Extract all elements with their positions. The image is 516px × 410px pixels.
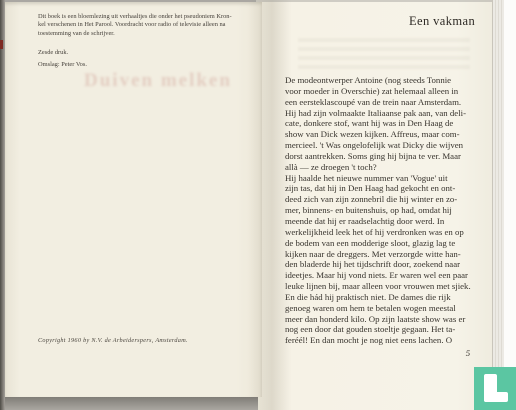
text-line: kijken naar de dreggers. Met verzorgde w… [285,249,478,260]
red-bookmark-mark [0,40,3,49]
text-line: En die hád hij praktisch niet. De dames … [285,292,478,303]
text-line: werkelijkheid leek het of hij verdronken… [285,227,478,238]
text-line: genoeg waren om hem te betalen wogen mee… [285,303,478,314]
letter-l-logo-icon [484,392,508,402]
text-line: Hij haalde het nieuwe nummer van 'Vogue'… [285,173,478,184]
scan-bottom-edge [0,397,258,410]
copyright-line: Copyright 1960 by N.V. de Arbeiderspers,… [38,337,188,344]
text-line: Hij had zijn volmaakte Italiaanse pak aa… [285,108,478,119]
text-line: De modeontwerper Antoine (nog steeds Ton… [285,75,478,86]
chapter-title: Een vakman [409,14,475,29]
text-line: mercieel. 't Was ongelofelijk wat Dicky … [285,140,478,151]
cover-credit: Omslag: Peter Vos. [38,61,87,68]
text-line: allà — ze droegen 't toch? [285,162,478,173]
page-number: 5 [462,348,474,358]
text-line: deed zich van zijn zonnebril die hij win… [285,194,478,205]
text-line: meer dan honderd kilo. Op zijn laatste s… [285,314,478,325]
colophon-note: Dit boek is een bloemlezing uit verhaalt… [38,13,235,38]
text-line: meende dat hij er raadselachtig door wer… [285,216,478,227]
logo-watermark [474,367,516,410]
scan-left-edge [0,0,5,410]
text-line: dorst aantrekken. Soms ging hij bijna te… [285,151,478,162]
book-scan: Dit boek is een bloemlezing uit verhaalt… [0,0,516,410]
text-line: zijn tas, dat hij in Den Haag had gekoch… [285,183,478,194]
text-line: de bodem van een modderige sloot, glazig… [285,238,478,249]
text-line: toestemming van de schrijver. [38,30,235,38]
text-line: mer, binnens- en buitenshuis, op had, om… [285,205,478,216]
text-line: cate, donkere stof, want hij was in Den … [285,118,478,129]
text-line: voor moeder in Overschie) zat helemaal a… [285,86,478,97]
showthrough-lines [298,38,470,74]
text-line: ideetjes. Maar hij vond niets. Er waren … [285,270,478,281]
edition-note: Zesde druk. [38,49,68,56]
text-line: feréél! En dan mocht je nog niet eens la… [285,335,478,346]
text-line: nog een door dat gouden stoeltje gegaan.… [285,324,478,335]
body-text: De modeontwerper Antoine (nog steeds Ton… [285,75,478,346]
showthrough-title: Duiven melken [84,70,232,92]
scan-background [504,0,516,410]
text-line: een eersteklascoupé van de trein naar Am… [285,97,478,108]
text-line: leuke lijnen bij, maar alleen voor vrouw… [285,281,478,292]
text-line: show van Dick wezen kijken. Affreus, maa… [285,129,478,140]
text-line: kel verschenen in Het Parool. Voordracht… [38,21,235,29]
text-line: Dit boek is een bloemlezing uit verhaalt… [38,13,235,21]
text-line: den bladerde hij het tijdschrift door, z… [285,259,478,270]
scan-top-edge [0,0,516,2]
